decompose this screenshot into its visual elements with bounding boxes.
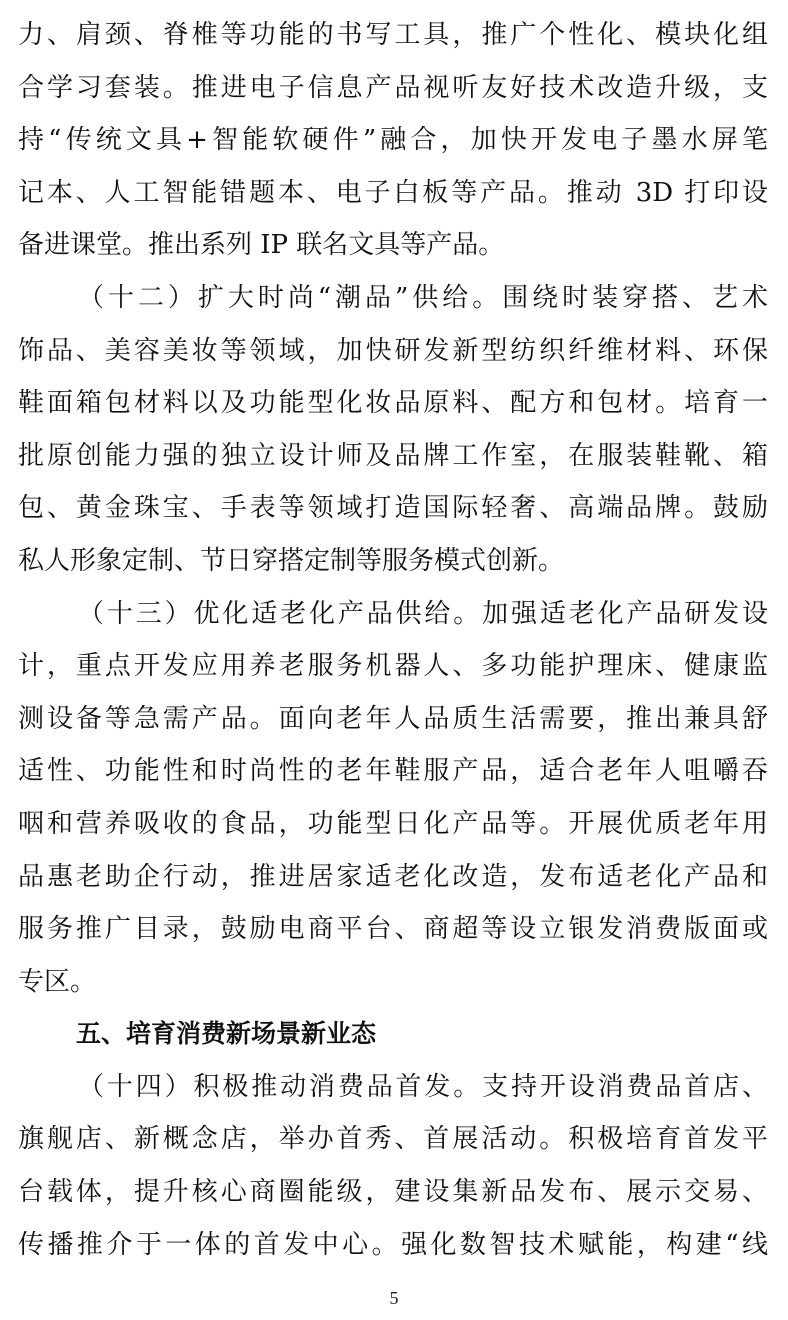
- text-line: 饰品、美容美妆等领域，加快研发新型纺织纤维材料、环保: [18, 330, 768, 383]
- page-number: 5: [0, 1288, 788, 1309]
- text-line: （十三）优化适老化产品供给。加强适老化产品研发设: [18, 593, 768, 646]
- text-line: 品惠老助企行动，推进居家适老化改造，发布适老化产品和: [18, 856, 768, 909]
- text-line: 合学习套装。推进电子信息产品视听友好技术改造升级，支: [18, 67, 768, 120]
- text-line: 鞋面箱包材料以及功能型化妆品原料、配方和包材。培育一: [18, 382, 768, 435]
- text-line: 咽和营养吸收的食品，功能型日化产品等。开展优质老年用: [18, 803, 768, 856]
- text-line: 旗舰店、新概念店，举办首秀、首展活动。积极培育首发平: [18, 1118, 768, 1171]
- text-line: （十二）扩大时尚“潮品”供给。围绕时装穿搭、艺术: [18, 277, 768, 330]
- text-line: 计，重点开发应用养老服务机器人、多功能护理床、健康监: [18, 645, 768, 698]
- text-line: 备进课堂。推出系列 IP 联名文具等产品。: [18, 224, 768, 277]
- paragraph-section-12: （十二）扩大时尚“潮品”供给。围绕时装穿搭、艺术 饰品、美容美妆等领域，加快研发…: [18, 277, 768, 593]
- text-line: 包、黄金珠宝、手表等领域打造国际轻奢、高端品牌。鼓励: [18, 487, 768, 540]
- text-line: 传播推介于一体的首发中心。强化数智技术赋能，构建“线: [18, 1224, 768, 1277]
- text-line: 台载体，提升核心商圈能级，建设集新品发布、展示交易、: [18, 1171, 768, 1224]
- section-heading-5: 五、培育消费新场景新业态: [18, 1013, 768, 1066]
- text-line: 记本、人工智能错题本、电子白板等产品。推动 3D 打印设: [18, 172, 768, 225]
- text-line: 专区。: [18, 961, 768, 1014]
- text-line: 批原创能力强的独立设计师及品牌工作室，在服装鞋靴、箱: [18, 435, 768, 488]
- text-line: 测设备等急需产品。面向老年人品质生活需要，推出兼具舒: [18, 698, 768, 751]
- paragraph-section-14: （十四）积极推动消费品首发。支持开设消费品首店、 旗舰店、新概念店，举办首秀、首…: [18, 1066, 768, 1276]
- paragraph-writing-tools: 力、肩颈、脊椎等功能的书写工具，推广个性化、模块化组 合学习套装。推进电子信息产…: [18, 14, 768, 277]
- text-line: 适性、功能性和时尚性的老年鞋服产品，适合老年人咀嚼吞: [18, 750, 768, 803]
- text-line: 持“传统文具+智能软硬件”融合，加快开发电子墨水屏笔: [18, 119, 768, 172]
- text-line: 私人形象定制、节日穿搭定制等服务模式创新。: [18, 540, 768, 593]
- text-line: 服务推广目录，鼓励电商平台、商超等设立银发消费版面或: [18, 908, 768, 961]
- section-heading-text: 五、培育消费新场景新业态: [18, 1013, 768, 1066]
- document-page: 力、肩颈、脊椎等功能的书写工具，推广个性化、模块化组 合学习套装。推进电子信息产…: [18, 14, 768, 1276]
- text-line: 力、肩颈、脊椎等功能的书写工具，推广个性化、模块化组: [18, 14, 768, 67]
- text-line: （十四）积极推动消费品首发。支持开设消费品首店、: [18, 1066, 768, 1119]
- paragraph-section-13: （十三）优化适老化产品供给。加强适老化产品研发设 计，重点开发应用养老服务机器人…: [18, 593, 768, 1014]
